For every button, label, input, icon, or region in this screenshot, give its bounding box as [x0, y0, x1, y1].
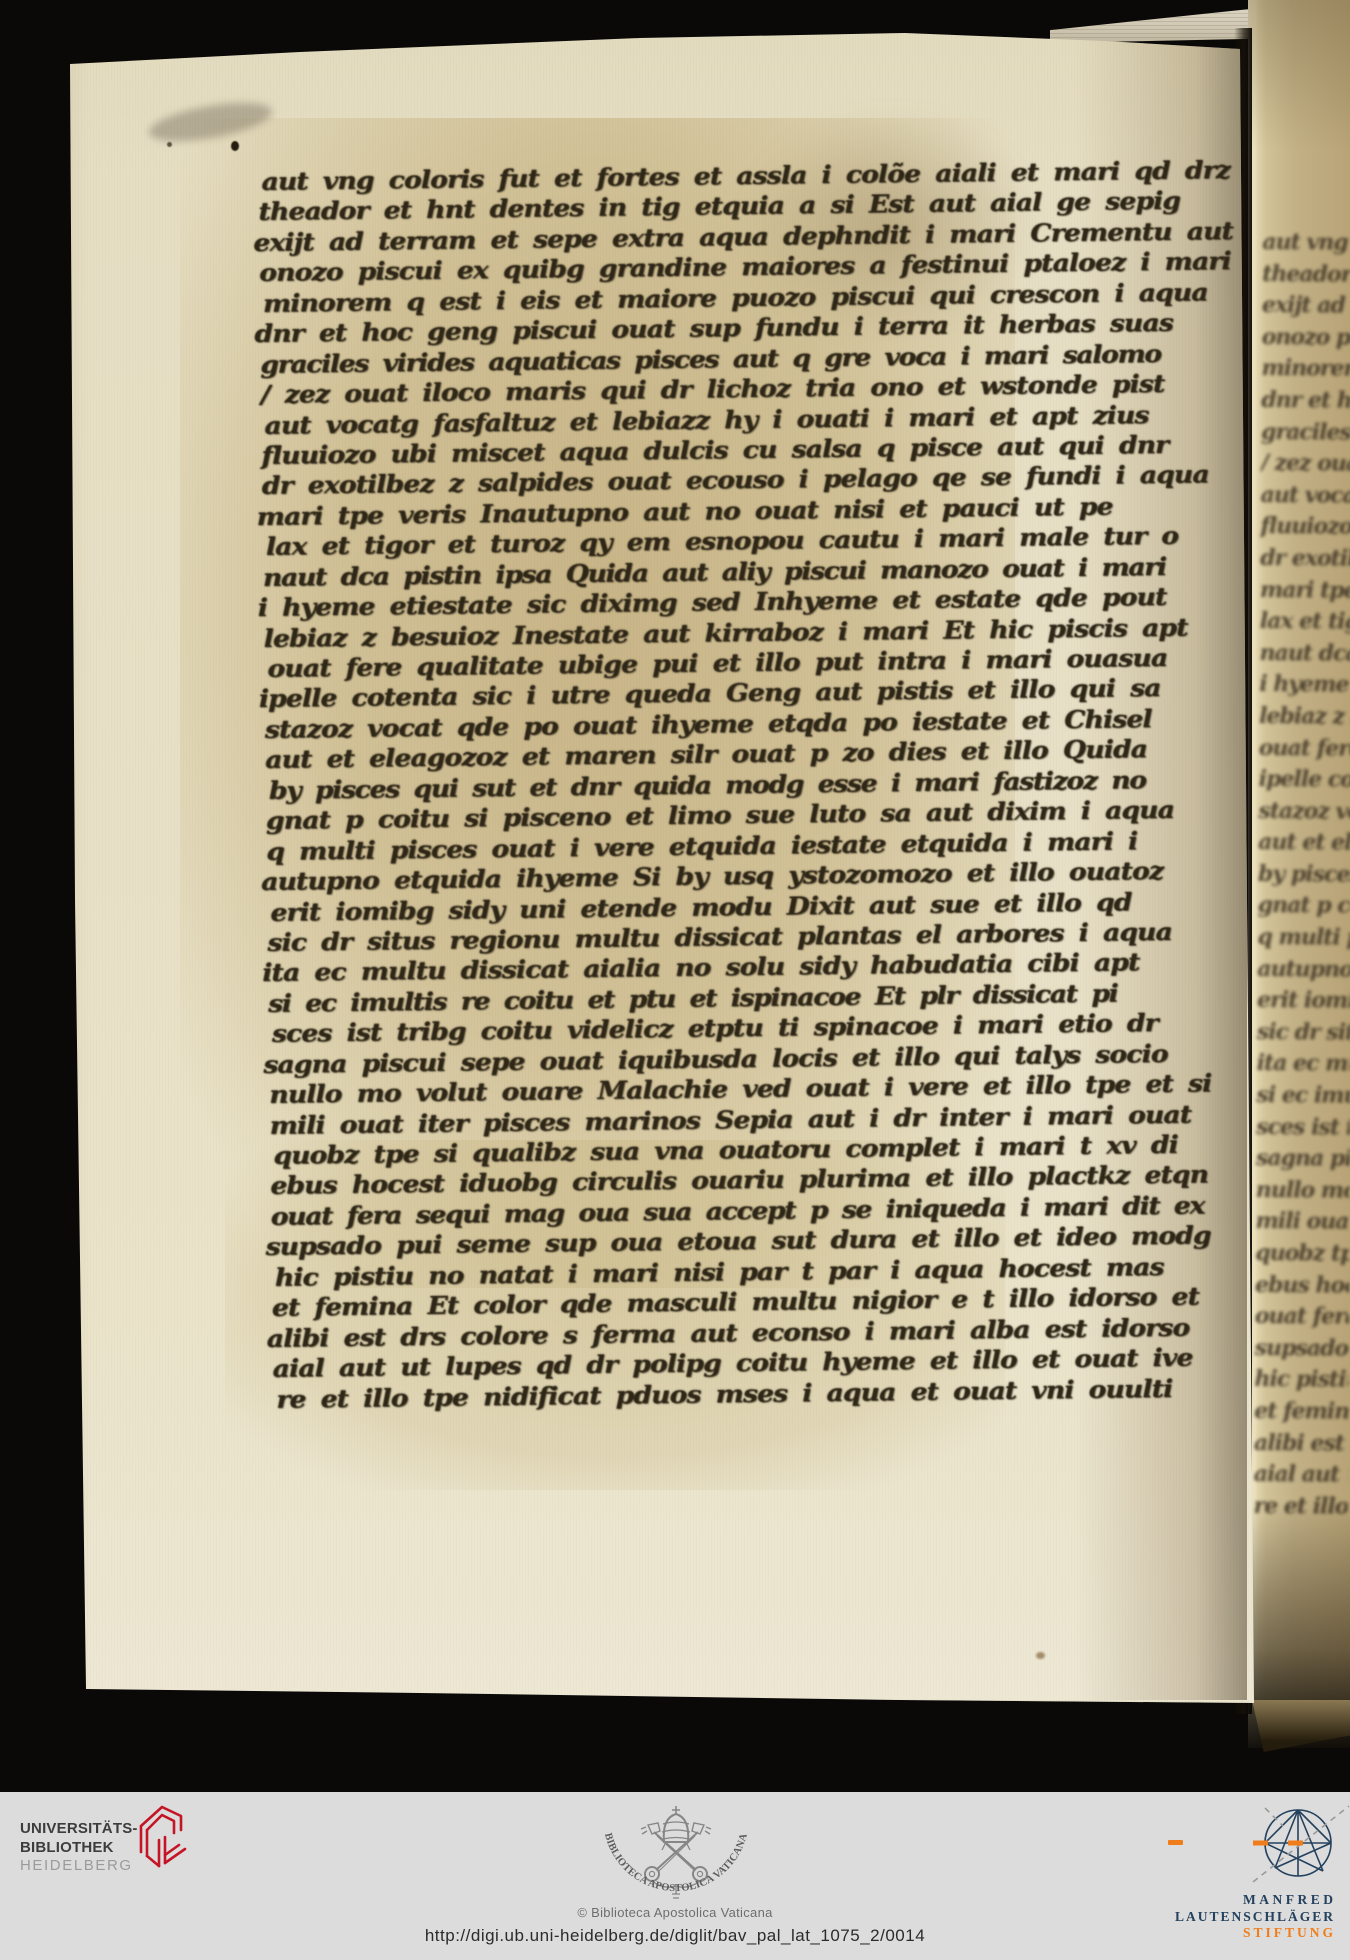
- book-page: aut vng coloris fut et fortes et assla i…: [0, 0, 1350, 1792]
- manuscript-line: graciles virides aquaticas pisces aut q …: [1261, 417, 1350, 449]
- manuscript-line: nullo mo volut ouare Malachie ved ouat i…: [1256, 1175, 1350, 1207]
- footer-bar: UNIVERSITÄTS- BIBLIOTHEK HEIDELBERG: [0, 1792, 1350, 1960]
- compass-wheel-icon: [1235, 1794, 1350, 1886]
- manuscript-line: stazoz vocat qde po ouat ihyeme etqda po…: [1258, 796, 1350, 828]
- manuscript-line: minorem q est i eis et maiore puozo pisc…: [1261, 353, 1350, 385]
- adjacent-page-text: aut vng coloris fut et fortes et assla i…: [1253, 227, 1350, 1524]
- copyright-text: © Biblioteca Apostolica Vaticana: [0, 1905, 1350, 1920]
- manuscript-line: mili ouat iter pisces marinos Sepia aut …: [1255, 1206, 1349, 1238]
- manuscript-line: aial aut ut lupes qd dr polipg coitu hye…: [1254, 1459, 1348, 1491]
- manuscript-line: theador et hnt dentes in tig etquia a si…: [1262, 259, 1350, 291]
- adjacent-page-edge: aut vng coloris fut et fortes et assla i…: [1248, 0, 1350, 1748]
- manuscript-line: dnr et hoc geng piscui ouat sup fundu i …: [1261, 385, 1350, 417]
- manuscript-line: sces ist tribg coitu videlicz etptu ti s…: [1256, 1112, 1350, 1144]
- manuscript-line: ouat fere qualitate ubige pui et illo pu…: [1259, 732, 1350, 764]
- manuscript-line: naut dca pistin ipsa Quida aut aliy pisc…: [1259, 638, 1350, 670]
- manuscript-line: ipelle cotenta sic i utre queda Geng aut…: [1259, 764, 1350, 796]
- manuscript-line: ouat fera sequi mag oua sua accept p se …: [1255, 1301, 1349, 1333]
- manuscript-line: q multi pisces ouat i vere etquida iesta…: [1257, 922, 1350, 954]
- manuscript-line: et femina Et color qde masculi multu nig…: [1254, 1396, 1348, 1428]
- ink-dot: [167, 142, 172, 147]
- manuscript-line: supsado pui seme sup oua etoua sut dura …: [1255, 1333, 1349, 1365]
- svg-text:BIBLIOTECA APOSTOLICA VATICA: BIBLIOTECA APOSTOLICA VATICANA: [602, 1831, 750, 1894]
- manuscript-line: lax et tigor et turoz qy em esnopou caut…: [1260, 606, 1350, 638]
- manuscript-line: fluuiozo ubi miscet aqua dulcis cu salsa…: [1260, 511, 1350, 543]
- open-book-icon: [138, 1804, 190, 1882]
- manuscript-line: i hyeme etiestate sic diximg sed Inhyeme…: [1259, 669, 1350, 701]
- manuscript-line: sagna piscui sepe ouat iquibusda locis e…: [1256, 1143, 1350, 1175]
- manuscript-line: / zez ouat iloco maris qui dr lichoz tri…: [1261, 448, 1350, 480]
- orange-dash-icon: [1168, 1840, 1183, 1845]
- manuscript-line: sic dr situs regionu multu dissicat plan…: [1257, 1017, 1350, 1049]
- ub-logo-line2: BIBLIOTHEK: [20, 1839, 138, 1858]
- manuscript-line: ita ec multu dissicat aialia no solu sid…: [1257, 1048, 1350, 1080]
- manuscript-line: gnat p coitu si pisceno et limo sue luto…: [1258, 890, 1350, 922]
- ub-heidelberg-logo-text: UNIVERSITÄTS- BIBLIOTHEK HEIDELBERG: [20, 1820, 138, 1876]
- manuscript-line: onozo piscui ex quibg grandine maiores a…: [1262, 322, 1350, 354]
- mls-logo-line1: MANFRED: [1175, 1892, 1337, 1909]
- manuscript-line: by pisces qui sut et dnr quida modg esse…: [1258, 859, 1350, 891]
- ub-logo-line3: HEIDELBERG: [20, 1857, 138, 1876]
- manuscript-line: aut vocatg fasfaltuz et lebiazz hy i oua…: [1261, 480, 1350, 512]
- manuscript-line: ebus hocest iduobg circulis ouariu pluri…: [1255, 1270, 1349, 1302]
- ink-dot: [1036, 1652, 1045, 1659]
- manuscript-line: quobz tpe si qualibz sua vna ouatoru com…: [1255, 1238, 1349, 1270]
- ink-dot: [231, 141, 239, 151]
- mls-logo-line3: STIFTUNG: [1175, 1925, 1336, 1942]
- manuscript-line: dr exotilbez z salpides ouat ecouso i pe…: [1260, 543, 1350, 575]
- under-page-sliver: [700, 1699, 1250, 1707]
- manuscript-line: exijt ad terram et sepe extra aqua dephn…: [1262, 290, 1350, 322]
- manuscript-line: alibi est drs colore s ferma aut econso …: [1254, 1428, 1348, 1460]
- vatican-seal: BIBLIOTECA APOSTOLICA VATICANA: [590, 1798, 762, 1902]
- manuscript-line: mari tpe veris Inautupno aut no ouat nis…: [1260, 574, 1350, 606]
- seal-arc-text: BIBLIOTECA APOSTOLICA VATICANA: [602, 1831, 750, 1894]
- manuscript-line: lebiaz z besuioz Inestate aut kirraboz i…: [1259, 701, 1350, 733]
- ub-logo-line1: UNIVERSITÄTS-: [20, 1820, 138, 1839]
- page-stack-edge: [1050, 9, 1250, 43]
- source-url: http://digi.ub.uni-heidelberg.de/diglit/…: [0, 1926, 1350, 1946]
- digitized-manuscript-viewer: aut vng coloris fut et fortes et assla i…: [0, 0, 1350, 1960]
- manuscript-line: si ec imultis re coitu et ptu et ispinac…: [1256, 1080, 1350, 1112]
- scan-photo: aut vng coloris fut et fortes et assla i…: [0, 0, 1350, 1792]
- mls-logo-line2: LAUTENSCHLÄGER: [1175, 1909, 1335, 1926]
- manuscript-line: aut et eleagozoz et maren silr ouat p zo…: [1258, 827, 1350, 859]
- manuscript-line: hic pistiu no natat i mari nisi par t pa…: [1254, 1364, 1348, 1396]
- mls-logo-text: MANFRED LAUTENSCHLÄGER STIFTUNG: [1175, 1892, 1333, 1942]
- adjacent-page-shadow-top: [1248, 0, 1350, 150]
- manuscript-text-block: aut vng coloris fut et fortes et assla i…: [258, 156, 1150, 1415]
- manuscript-line: erit iomibg sidy uni etende modu Dixit a…: [1257, 985, 1350, 1017]
- manuscript-line: autupno etquida ihyeme Si by usq ystozom…: [1257, 954, 1350, 986]
- manuscript-line: aut vng coloris fut et fortes et assla i…: [1262, 227, 1350, 259]
